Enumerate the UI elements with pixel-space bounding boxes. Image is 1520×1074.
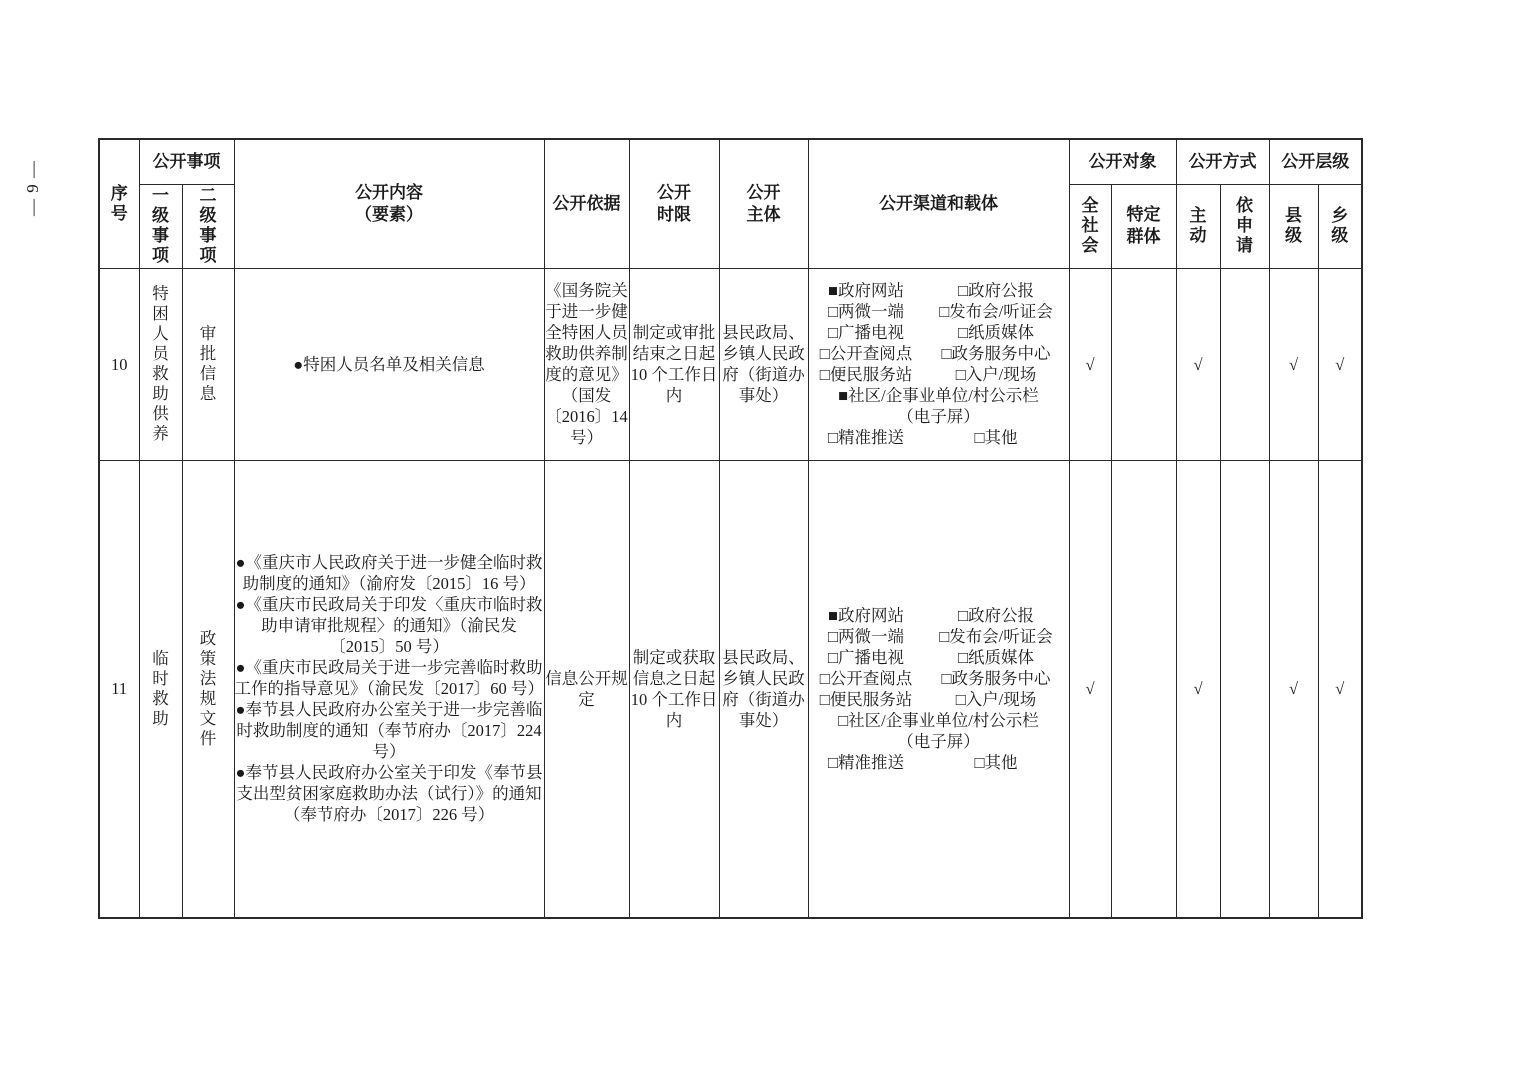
row10-mark-active: √ — [1176, 268, 1220, 460]
check-mark: √ — [1085, 679, 1094, 698]
channel-line: □广播电视□纸质媒体 — [809, 647, 1069, 668]
row11-mark-township: √ — [1318, 460, 1362, 918]
header-level1-item: 一级事项 — [139, 184, 182, 268]
channel-line: □广播电视□纸质媒体 — [809, 322, 1069, 343]
channel-checkbox-item: □政务服务中心 — [924, 668, 1069, 689]
header-seq: 序号 — [99, 139, 139, 268]
check-mark: √ — [1289, 679, 1298, 698]
channel-checkbox-item: □两微一端 — [809, 301, 924, 322]
header-level: 公开层级 — [1269, 139, 1362, 184]
channel-line: □便民服务站□入户/现场 — [809, 364, 1069, 385]
row10-mark-on-request — [1220, 268, 1269, 460]
row11-channels: ■政府网站□政府公报 □两微一端□发布会/听证会 □广播电视□纸质媒体 □公开查… — [808, 460, 1069, 918]
header-method-request: 依申请 — [1220, 184, 1269, 268]
table-row-10: 10 特困人员救助供养 审批信息 ●特困人员名单及相关信息 《国务院关于进一步健… — [99, 268, 1362, 460]
row10-mark-specific-group — [1111, 268, 1176, 460]
channel-checkbox-item: □政府公报 — [924, 605, 1069, 626]
channel-checkbox-item: □两微一端 — [809, 626, 924, 647]
header-level-county: 县级 — [1269, 184, 1318, 268]
row10-content: ●特困人员名单及相关信息 — [234, 268, 544, 460]
row10-mark-township: √ — [1318, 268, 1362, 460]
channel-line: □精准推送□其他 — [809, 427, 1069, 448]
row10-level2: 审批信息 — [182, 268, 234, 460]
row11-content: ●《重庆市人民政府关于进一步健全临时救助制度的通知》（渝府发〔2015〕16 号… — [234, 460, 544, 918]
channel-checkbox-item: □社区/企事业单位/村公示栏 — [809, 710, 1069, 731]
row11-mark-specific-group — [1111, 460, 1176, 918]
channel-checkbox-item: □发布会/听证会 — [924, 301, 1069, 322]
row10-mark-county: √ — [1269, 268, 1318, 460]
channel-checkbox-item: □广播电视 — [809, 322, 924, 343]
channel-checkbox-item: □其他 — [924, 427, 1069, 448]
row11-mark-active: √ — [1176, 460, 1220, 918]
channel-checkbox-item: □便民服务站 — [809, 364, 924, 385]
row10-level1: 特困人员救助供养 — [139, 268, 182, 460]
header-level2-item: 二级事项 — [182, 184, 234, 268]
header-content: 公开内容 （要素） — [234, 139, 544, 268]
channel-checkbox-item: □精准推送 — [809, 427, 924, 448]
row11-subject: 县民政局、乡镇人民政府（街道办事处） — [719, 460, 808, 918]
channel-checkbox-item: □政务服务中心 — [924, 343, 1069, 364]
row10-mark-all-society: √ — [1069, 268, 1111, 460]
channel-checkbox-item: □公开查阅点 — [809, 668, 924, 689]
row11-mark-on-request — [1220, 460, 1269, 918]
row10-channels: ■政府网站□政府公报 □两微一端□发布会/听证会 □广播电视□纸质媒体 □公开查… — [808, 268, 1069, 460]
channel-checkbox-item: □精准推送 — [809, 752, 924, 773]
check-mark: √ — [1193, 679, 1202, 698]
row11-seq: 11 — [99, 460, 139, 918]
channel-line: □精准推送□其他 — [809, 752, 1069, 773]
channel-checkbox-item: □入户/现场 — [924, 689, 1069, 710]
table-row-11: 11 临时救助 政策法规文件 ●《重庆市人民政府关于进一步健全临时救助制度的通知… — [99, 460, 1362, 918]
header-method-active: 主动 — [1176, 184, 1220, 268]
header-basis: 公开依据 — [544, 139, 629, 268]
row11-mark-county: √ — [1269, 460, 1318, 918]
channel-checkbox-item: □发布会/听证会 — [924, 626, 1069, 647]
channel-checkbox-item: □纸质媒体 — [924, 322, 1069, 343]
check-mark: √ — [1193, 355, 1202, 374]
row11-level1: 临时救助 — [139, 460, 182, 918]
channel-line: □两微一端□发布会/听证会 — [809, 301, 1069, 322]
row11-level2: 政策法规文件 — [182, 460, 234, 918]
check-mark: √ — [1335, 355, 1344, 374]
header-method: 公开方式 — [1176, 139, 1269, 184]
row11-basis: 信息公开规定 — [544, 460, 629, 918]
channel-checkbox-item: □公开查阅点 — [809, 343, 924, 364]
channel-checkbox-item-cont: （电子屏） — [809, 731, 1069, 752]
channel-checkbox-item: □便民服务站 — [809, 689, 924, 710]
check-mark: √ — [1335, 679, 1344, 698]
header-channels: 公开渠道和载体 — [808, 139, 1069, 268]
page-number: — 9 — — [23, 143, 43, 233]
disclosure-table: 序号 公开事项 公开内容 （要素） 公开依据 公开时限 公开主体 公开渠道和载体… — [98, 138, 1363, 919]
channel-checkbox-item: □政府公报 — [924, 280, 1069, 301]
check-mark: √ — [1289, 355, 1298, 374]
header-audience-all: 全社会 — [1069, 184, 1111, 268]
row10-time-limit: 制定或审批结束之日起 10 个工作日内 — [629, 268, 719, 460]
row11-mark-all-society: √ — [1069, 460, 1111, 918]
check-mark: √ — [1085, 355, 1094, 374]
channel-line: □公开查阅点□政务服务中心 — [809, 343, 1069, 364]
row10-basis: 《国务院关于进一步健全特困人员救助供养制度的意见》（国发〔2016〕14 号） — [544, 268, 629, 460]
header-level-township: 乡级 — [1318, 184, 1362, 268]
header-row-1: 序号 公开事项 公开内容 （要素） 公开依据 公开时限 公开主体 公开渠道和载体… — [99, 139, 1362, 184]
header-open-items: 公开事项 — [139, 139, 234, 184]
channel-checkbox-item-cont: （电子屏） — [809, 406, 1069, 427]
channel-checkbox-item: □广播电视 — [809, 647, 924, 668]
row11-time-limit: 制定或获取信息之日起 10 个工作日内 — [629, 460, 719, 918]
channel-line: ■政府网站□政府公报 — [809, 605, 1069, 626]
channel-line: ■政府网站□政府公报 — [809, 280, 1069, 301]
channel-checkbox-item: □其他 — [924, 752, 1069, 773]
header-audience-specific: 特定群体 — [1111, 184, 1176, 268]
channel-line: □便民服务站□入户/现场 — [809, 689, 1069, 710]
row10-seq: 10 — [99, 268, 139, 460]
header-audience: 公开对象 — [1069, 139, 1176, 184]
channel-line: □公开查阅点□政务服务中心 — [809, 668, 1069, 689]
channel-checkbox-item: □纸质媒体 — [924, 647, 1069, 668]
header-subject: 公开主体 — [719, 139, 808, 268]
channel-line: □两微一端□发布会/听证会 — [809, 626, 1069, 647]
header-time-limit: 公开时限 — [629, 139, 719, 268]
channel-checkbox-item: ■政府网站 — [809, 280, 924, 301]
channel-checkbox-item: ■社区/企事业单位/村公示栏 — [809, 385, 1069, 406]
channel-checkbox-item: ■政府网站 — [809, 605, 924, 626]
channel-checkbox-item: □入户/现场 — [924, 364, 1069, 385]
row10-subject: 县民政局、乡镇人民政府（街道办事处） — [719, 268, 808, 460]
